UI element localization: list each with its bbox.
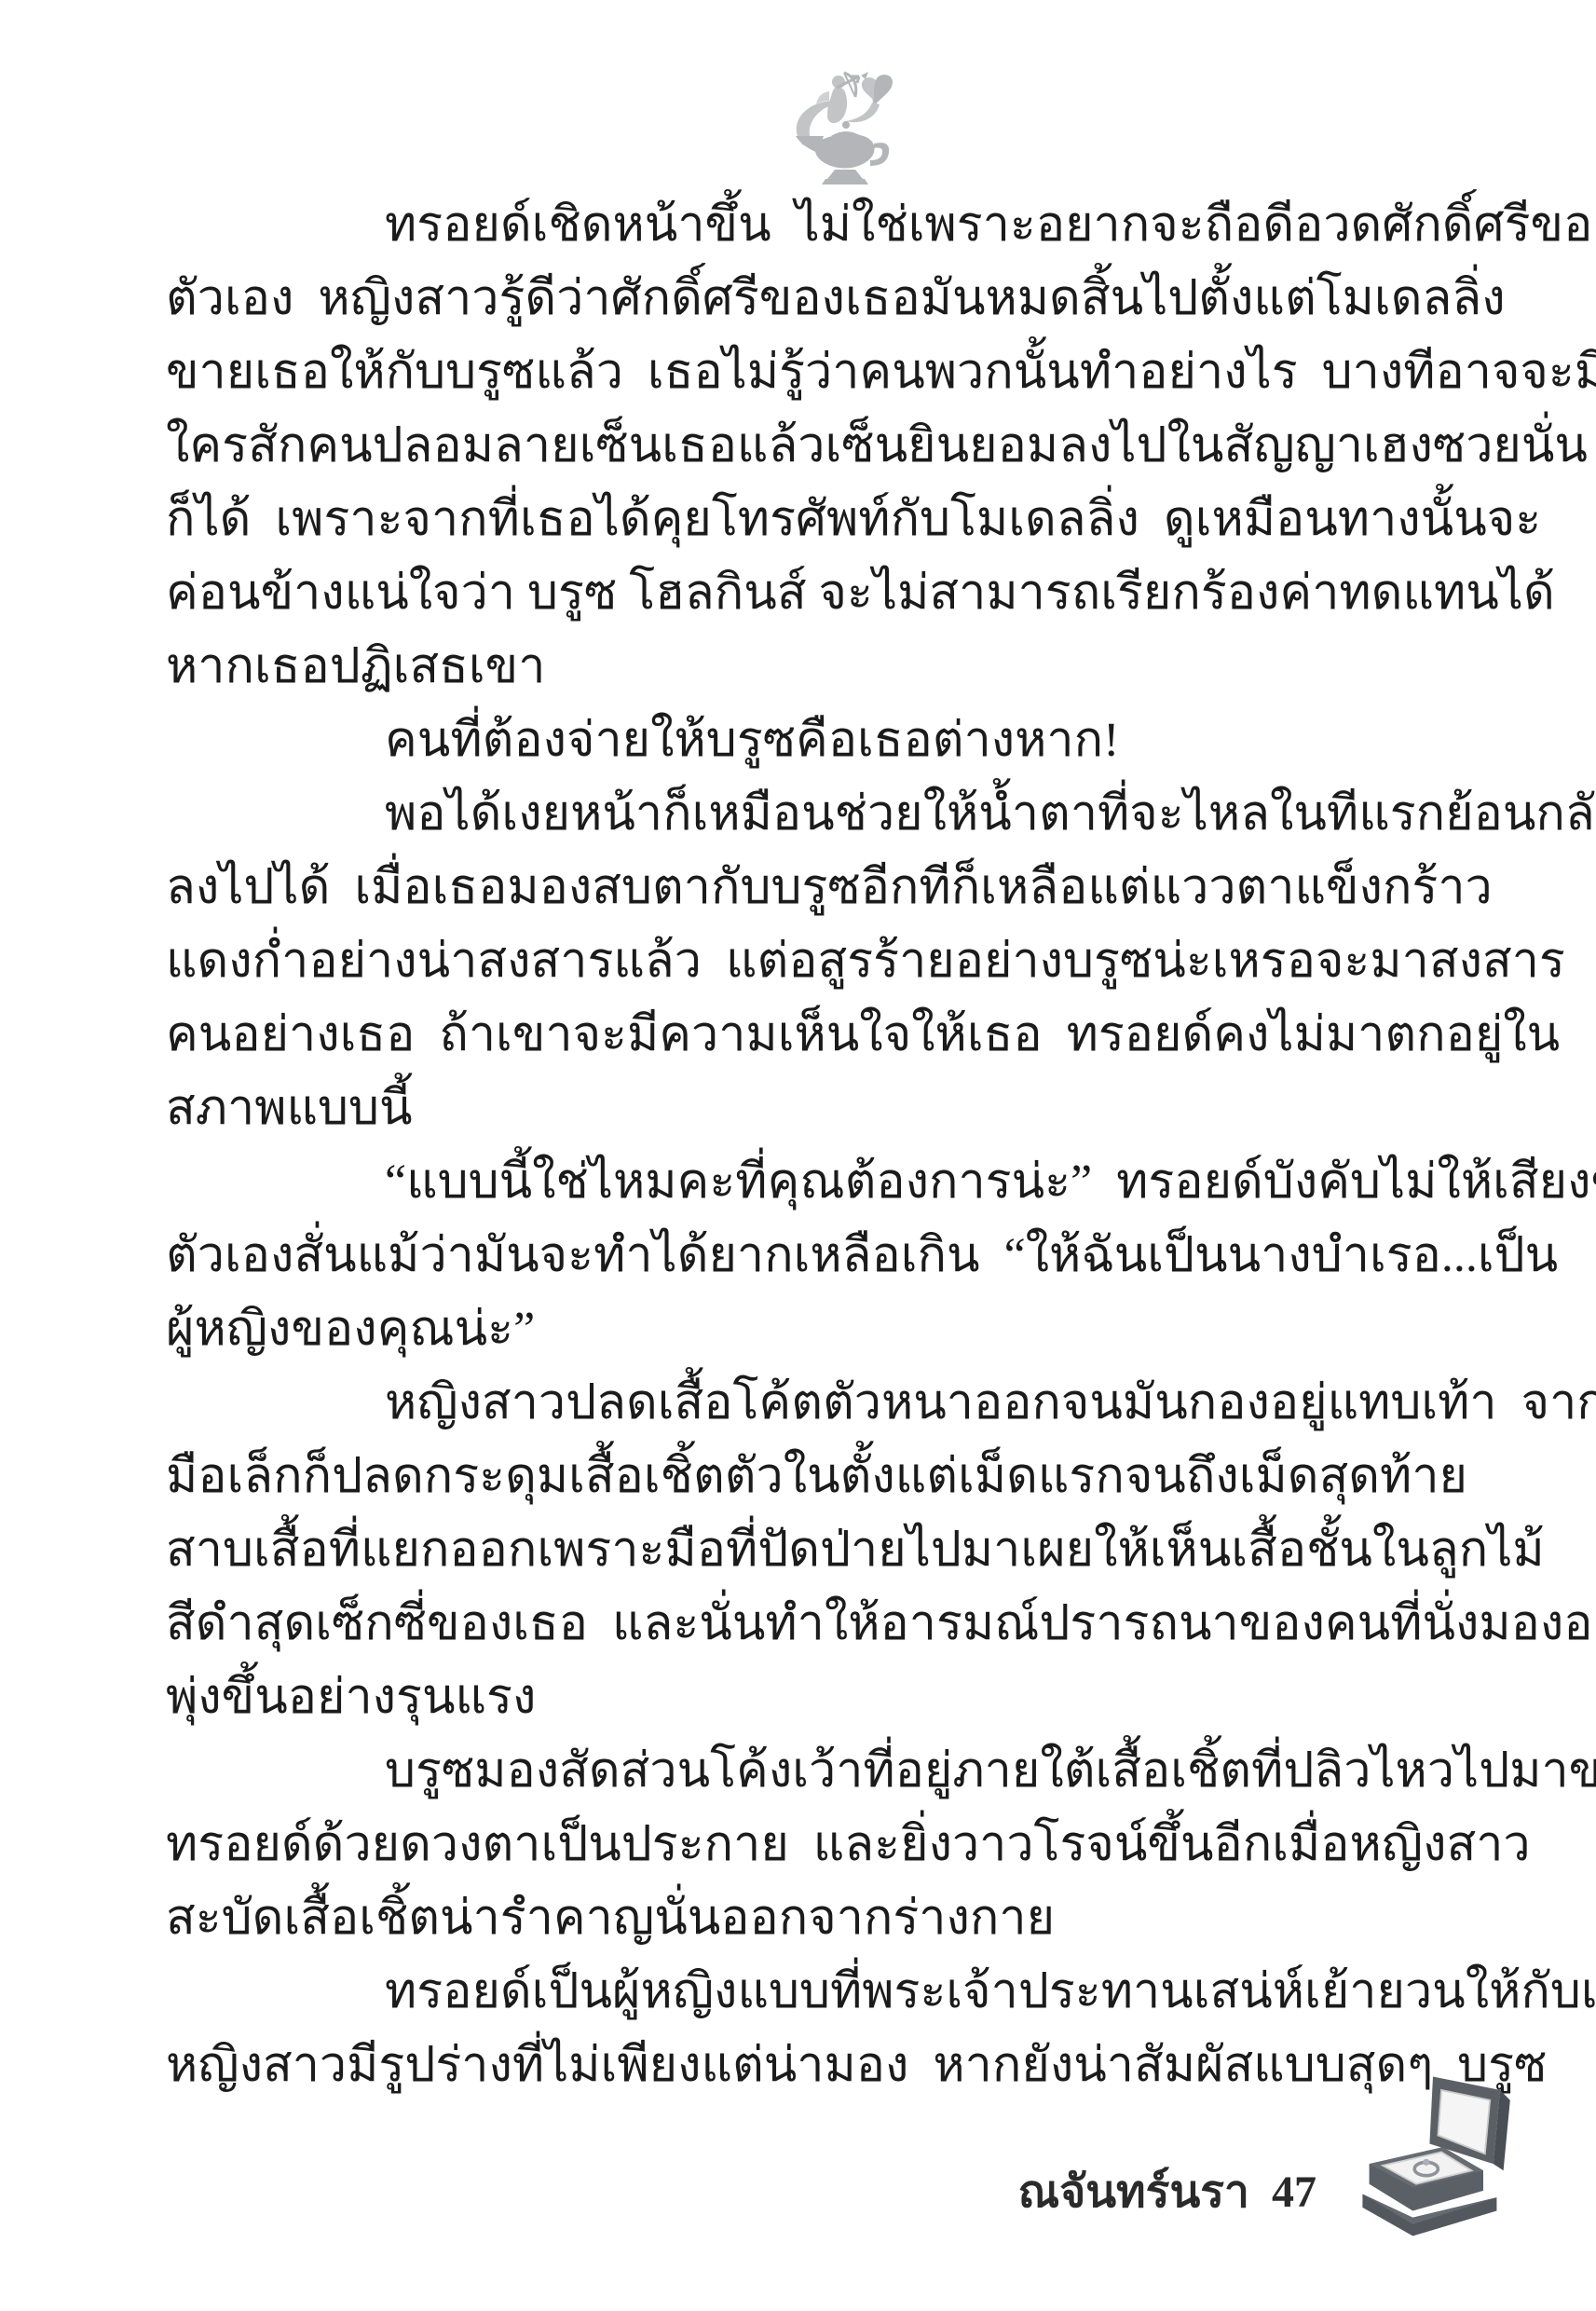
text-line: พอได้เงยหน้าก็เหมือนช่วยให้น้ำตาที่จะไหล… [166, 777, 1472, 851]
text-line: ค่อนข้างแน่ใจว่า บรูซ โฮลกินส์ จะไม่สามา… [166, 556, 1472, 630]
text-line: ก็ได้ เพราะจากที่เธอได้คุยโทรศัพท์กับโมเ… [166, 483, 1472, 556]
paragraph: พอได้เงยหน้าก็เหมือนช่วยให้น้ำตาที่จะไหล… [166, 777, 1472, 1145]
paragraph: คนที่ต้องจ่ายให้บรูซคือเธอต่างหาก! [166, 704, 1472, 777]
text-line: แดงก่ำอย่างน่าสงสารแล้ว แต่อสูรร้ายอย่าง… [166, 924, 1472, 998]
paragraph: หญิงสาวปลดเสื้อโค้ตตัวหนาออกจนมันกองอยู่… [166, 1366, 1472, 1734]
text-line: สภาพแบบนี้ [166, 1072, 1472, 1145]
text-line: หญิงสาวปลดเสื้อโค้ตตัวหนาออกจนมันกองอยู่… [166, 1366, 1472, 1440]
text-line: ทรอยด์เป็นผู้หญิงแบบที่พระเจ้าประทานเสน่… [166, 1955, 1472, 2029]
genie-lamp-cupid-heart-icon [790, 67, 904, 190]
text-line: หากเธอปฏิเสธเขา [166, 630, 1472, 704]
text-line: บรูซมองสัดส่วนโค้งเว้าที่อยู่ภายใต้เสื้อ… [166, 1734, 1472, 1808]
paragraph: “แบบนี้ใช่ไหมคะที่คุณต้องการน่ะ” ทรอยด์บ… [166, 1145, 1472, 1366]
text-line: คนที่ต้องจ่ายให้บรูซคือเธอต่างหาก! [166, 704, 1472, 777]
text-line: ตัวเองสั่นแม้ว่ามันจะทำได้ยากเหลือเกิน “… [166, 1219, 1472, 1292]
body-text: ทรอยด์เชิดหน้าขึ้น ไม่ใช่เพราะอยากจะถือด… [166, 188, 1472, 2102]
text-line: ใครสักคนปลอมลายเซ็นเธอแล้วเซ็นยินยอมลงไป… [166, 409, 1472, 483]
book-page: ทรอยด์เชิดหน้าขึ้น ไม่ใช่เพราะอยากจะถือด… [0, 0, 1596, 2311]
text-line: “แบบนี้ใช่ไหมคะที่คุณต้องการน่ะ” ทรอยด์บ… [166, 1145, 1472, 1219]
text-line: สีดำสุดเซ็กซี่ของเธอ และนั่นทำให้อารมณ์ป… [166, 1587, 1472, 1661]
footer-author-and-page-number: ณจันทร์นรา 47 [1018, 2156, 1316, 2227]
page-footer: ณจันทร์นรา 47 [0, 2143, 1596, 2311]
text-line: มือเล็กก็ปลดกระดุมเสื้อเชิ้ตตัวในตั้งแต่… [166, 1440, 1472, 1513]
text-line: คนอย่างเธอ ถ้าเขาจะมีความเห็นใจให้เธอ ทร… [166, 998, 1472, 1072]
text-line: สะบัดเสื้อเชิ้ตน่ารำคาญนั่นออกจากร่างกาย [166, 1881, 1472, 1955]
paragraph: ทรอยด์เป็นผู้หญิงแบบที่พระเจ้าประทานเสน่… [166, 1955, 1472, 2102]
text-line: ผู้หญิงของคุณน่ะ” [166, 1292, 1472, 1366]
ring-box-image [1349, 2076, 1517, 2253]
text-line: สาบเสื้อที่แยกออกเพราะมือที่ปัดป่ายไปมาเ… [166, 1513, 1472, 1587]
text-line: ทรอยด์เชิดหน้าขึ้น ไม่ใช่เพราะอยากจะถือด… [166, 188, 1472, 262]
paragraph: บรูซมองสัดส่วนโค้งเว้าที่อยู่ภายใต้เสื้อ… [166, 1734, 1472, 1955]
text-line: ทรอยด์ด้วยดวงตาเป็นประกาย และยิ่งวาวโรจน… [166, 1808, 1472, 1881]
text-line: ลงไปได้ เมื่อเธอมองสบตากับบรูซอีกทีก็เหล… [166, 851, 1472, 924]
text-line: พุ่งขึ้นอย่างรุนแรง [166, 1661, 1472, 1734]
paragraph: ทรอยด์เชิดหน้าขึ้น ไม่ใช่เพราะอยากจะถือด… [166, 188, 1472, 704]
text-line: หญิงสาวมีรูปร่างที่ไม่เพียงแต่น่ามอง หาก… [166, 2029, 1472, 2102]
text-line: ตัวเอง หญิงสาวรู้ดีว่าศักดิ์ศรีของเธอมัน… [166, 262, 1472, 335]
text-line: ขายเธอให้กับบรูซแล้ว เธอไม่รู้ว่าคนพวกนั… [166, 335, 1472, 409]
